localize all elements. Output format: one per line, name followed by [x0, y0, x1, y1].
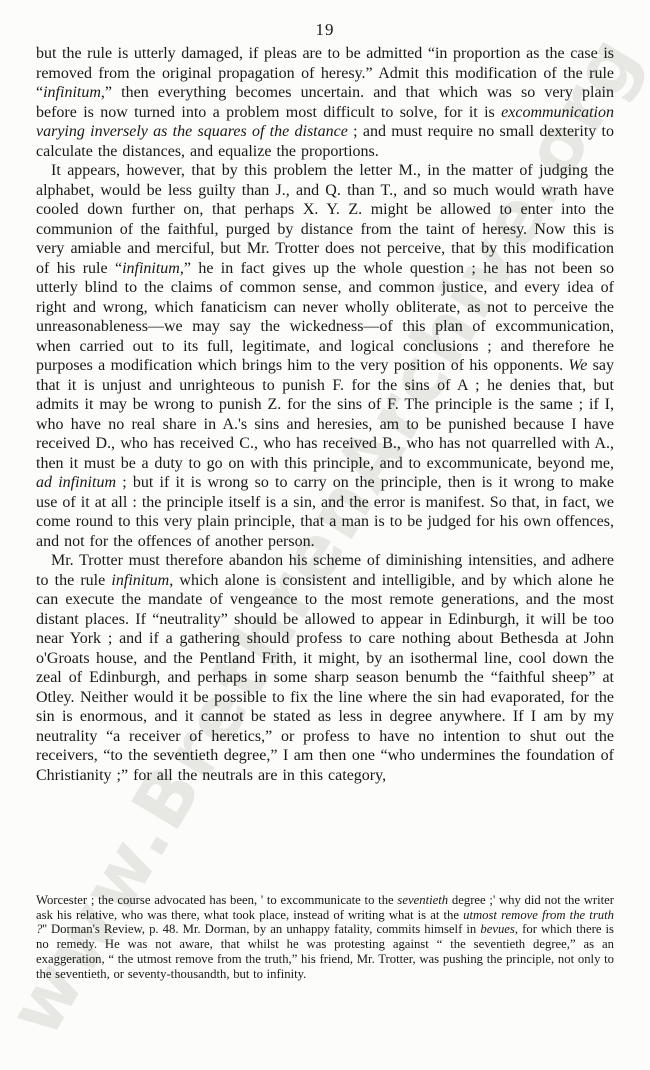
italic-text: We: [568, 357, 587, 374]
paragraph: Worcester ; the course advocated has bee…: [36, 893, 614, 981]
footnote: Worcester ; the course advocated has bee…: [36, 893, 614, 981]
page-body: but the rule is utterly damaged, if plea…: [36, 44, 614, 785]
page-number: 19: [0, 20, 650, 40]
italic-text: bevues: [480, 922, 515, 936]
italic-text: infinitum: [111, 572, 169, 589]
italic-text: infinitum: [43, 84, 101, 101]
text-run: Worcester ; the course advocated has bee…: [36, 893, 397, 907]
book-page: www.BrethrenArchive.org 19 but the rule …: [0, 0, 650, 1070]
paragraph: It appears, however, that by this proble…: [36, 161, 614, 551]
paragraph: but the rule is utterly damaged, if plea…: [36, 44, 614, 161]
paragraph: Mr. Trotter must therefore abandon his s…: [36, 551, 614, 785]
italic-text: ad infinitum: [36, 474, 116, 491]
text-run: '' Dorman's Review, p. 48. Mr. Dorman, b…: [42, 922, 480, 936]
italic-text: seventieth: [397, 893, 448, 907]
text-run: , which alone is consistent and intellig…: [36, 572, 614, 784]
italic-text: infinitum: [122, 260, 180, 277]
text-run: say that it is unjust and unrighteous to…: [36, 357, 614, 472]
text-run: ; but if it is wrong so to carry on the …: [36, 474, 614, 550]
